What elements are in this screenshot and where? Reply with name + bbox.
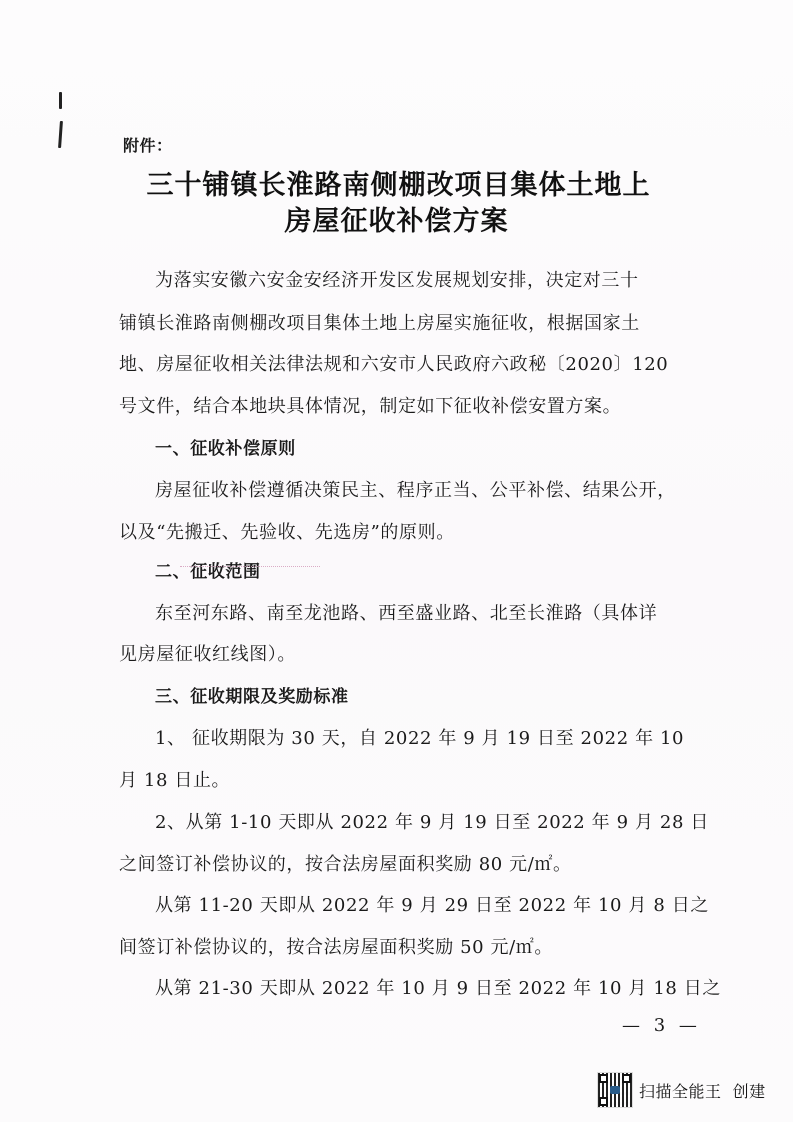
document-title-line-1: 三十铺镇长淮路南侧棚改项目集体土地上 <box>2 163 793 202</box>
binding-mark <box>59 92 62 109</box>
intro-line: 铺镇长淮路南侧棚改项目集体土地上房屋实施征收，根据国家土 <box>119 313 640 335</box>
page-number: — 3 — <box>622 1015 701 1036</box>
intro-line: 地、房屋征收相关法律法规和六安市人民政府六政秘〔2020〕120 <box>119 354 668 376</box>
section-line: 从第 11-20 天即从 2022 年 9 月 29 日至 2022 年 10 … <box>155 895 709 917</box>
scanner-watermark: 扫描全能王 创建 <box>597 1072 766 1108</box>
intro-line: 号文件，结合本地块具体情况，制定如下征收补偿安置方案。 <box>119 396 621 418</box>
attachment-label: 附件： <box>123 133 173 156</box>
section-line: 东至河东路、南至龙池路、西至盛业路、北至长淮路（具体详 <box>155 603 657 625</box>
document-title-line-2: 房屋征收补偿方案 <box>0 199 793 238</box>
section-line: 间签订补偿协议的，按合法房屋面积奖励 50 元/㎡。 <box>119 937 553 959</box>
section-heading-principles: 一、征收补偿原则 <box>155 438 296 460</box>
stamp-trace <box>180 556 320 567</box>
section-heading-period-rewards: 三、征收期限及奖励标准 <box>155 686 349 708</box>
section-line: 1、 征收期限为 30 天，自 2022 年 9 月 19 日至 2022 年 … <box>155 728 684 750</box>
section-line: 以及“先搬迁、先验收、先选房”的原则。 <box>119 522 455 544</box>
binding-mark <box>58 121 63 148</box>
qr-code-icon <box>597 1072 633 1108</box>
document-page: 附件： 三十铺镇长淮路南侧棚改项目集体土地上 房屋征收补偿方案 为落实安徽六安金… <box>0 0 793 1122</box>
section-line: 见房屋征收红线图）。 <box>119 644 296 666</box>
intro-line: 为落实安徽六安金安经济开发区发展规划安排，决定对三十 <box>155 270 639 292</box>
section-line: 2、从第 1-10 天即从 2022 年 9 月 19 日至 2022 年 9 … <box>155 812 709 834</box>
section-line: 房屋征收补偿遵循决策民主、程序正当、公平补偿、结果公开， <box>155 480 676 502</box>
section-line: 之间签订补偿协议的，按合法房屋面积奖励 80 元/㎡。 <box>119 854 572 876</box>
watermark-text: 扫描全能王 创建 <box>639 1079 766 1102</box>
section-line: 月 18 日止。 <box>119 770 230 792</box>
section-line: 从第 21-30 天即从 2022 年 10 月 9 日至 2022 年 10 … <box>155 978 721 1000</box>
